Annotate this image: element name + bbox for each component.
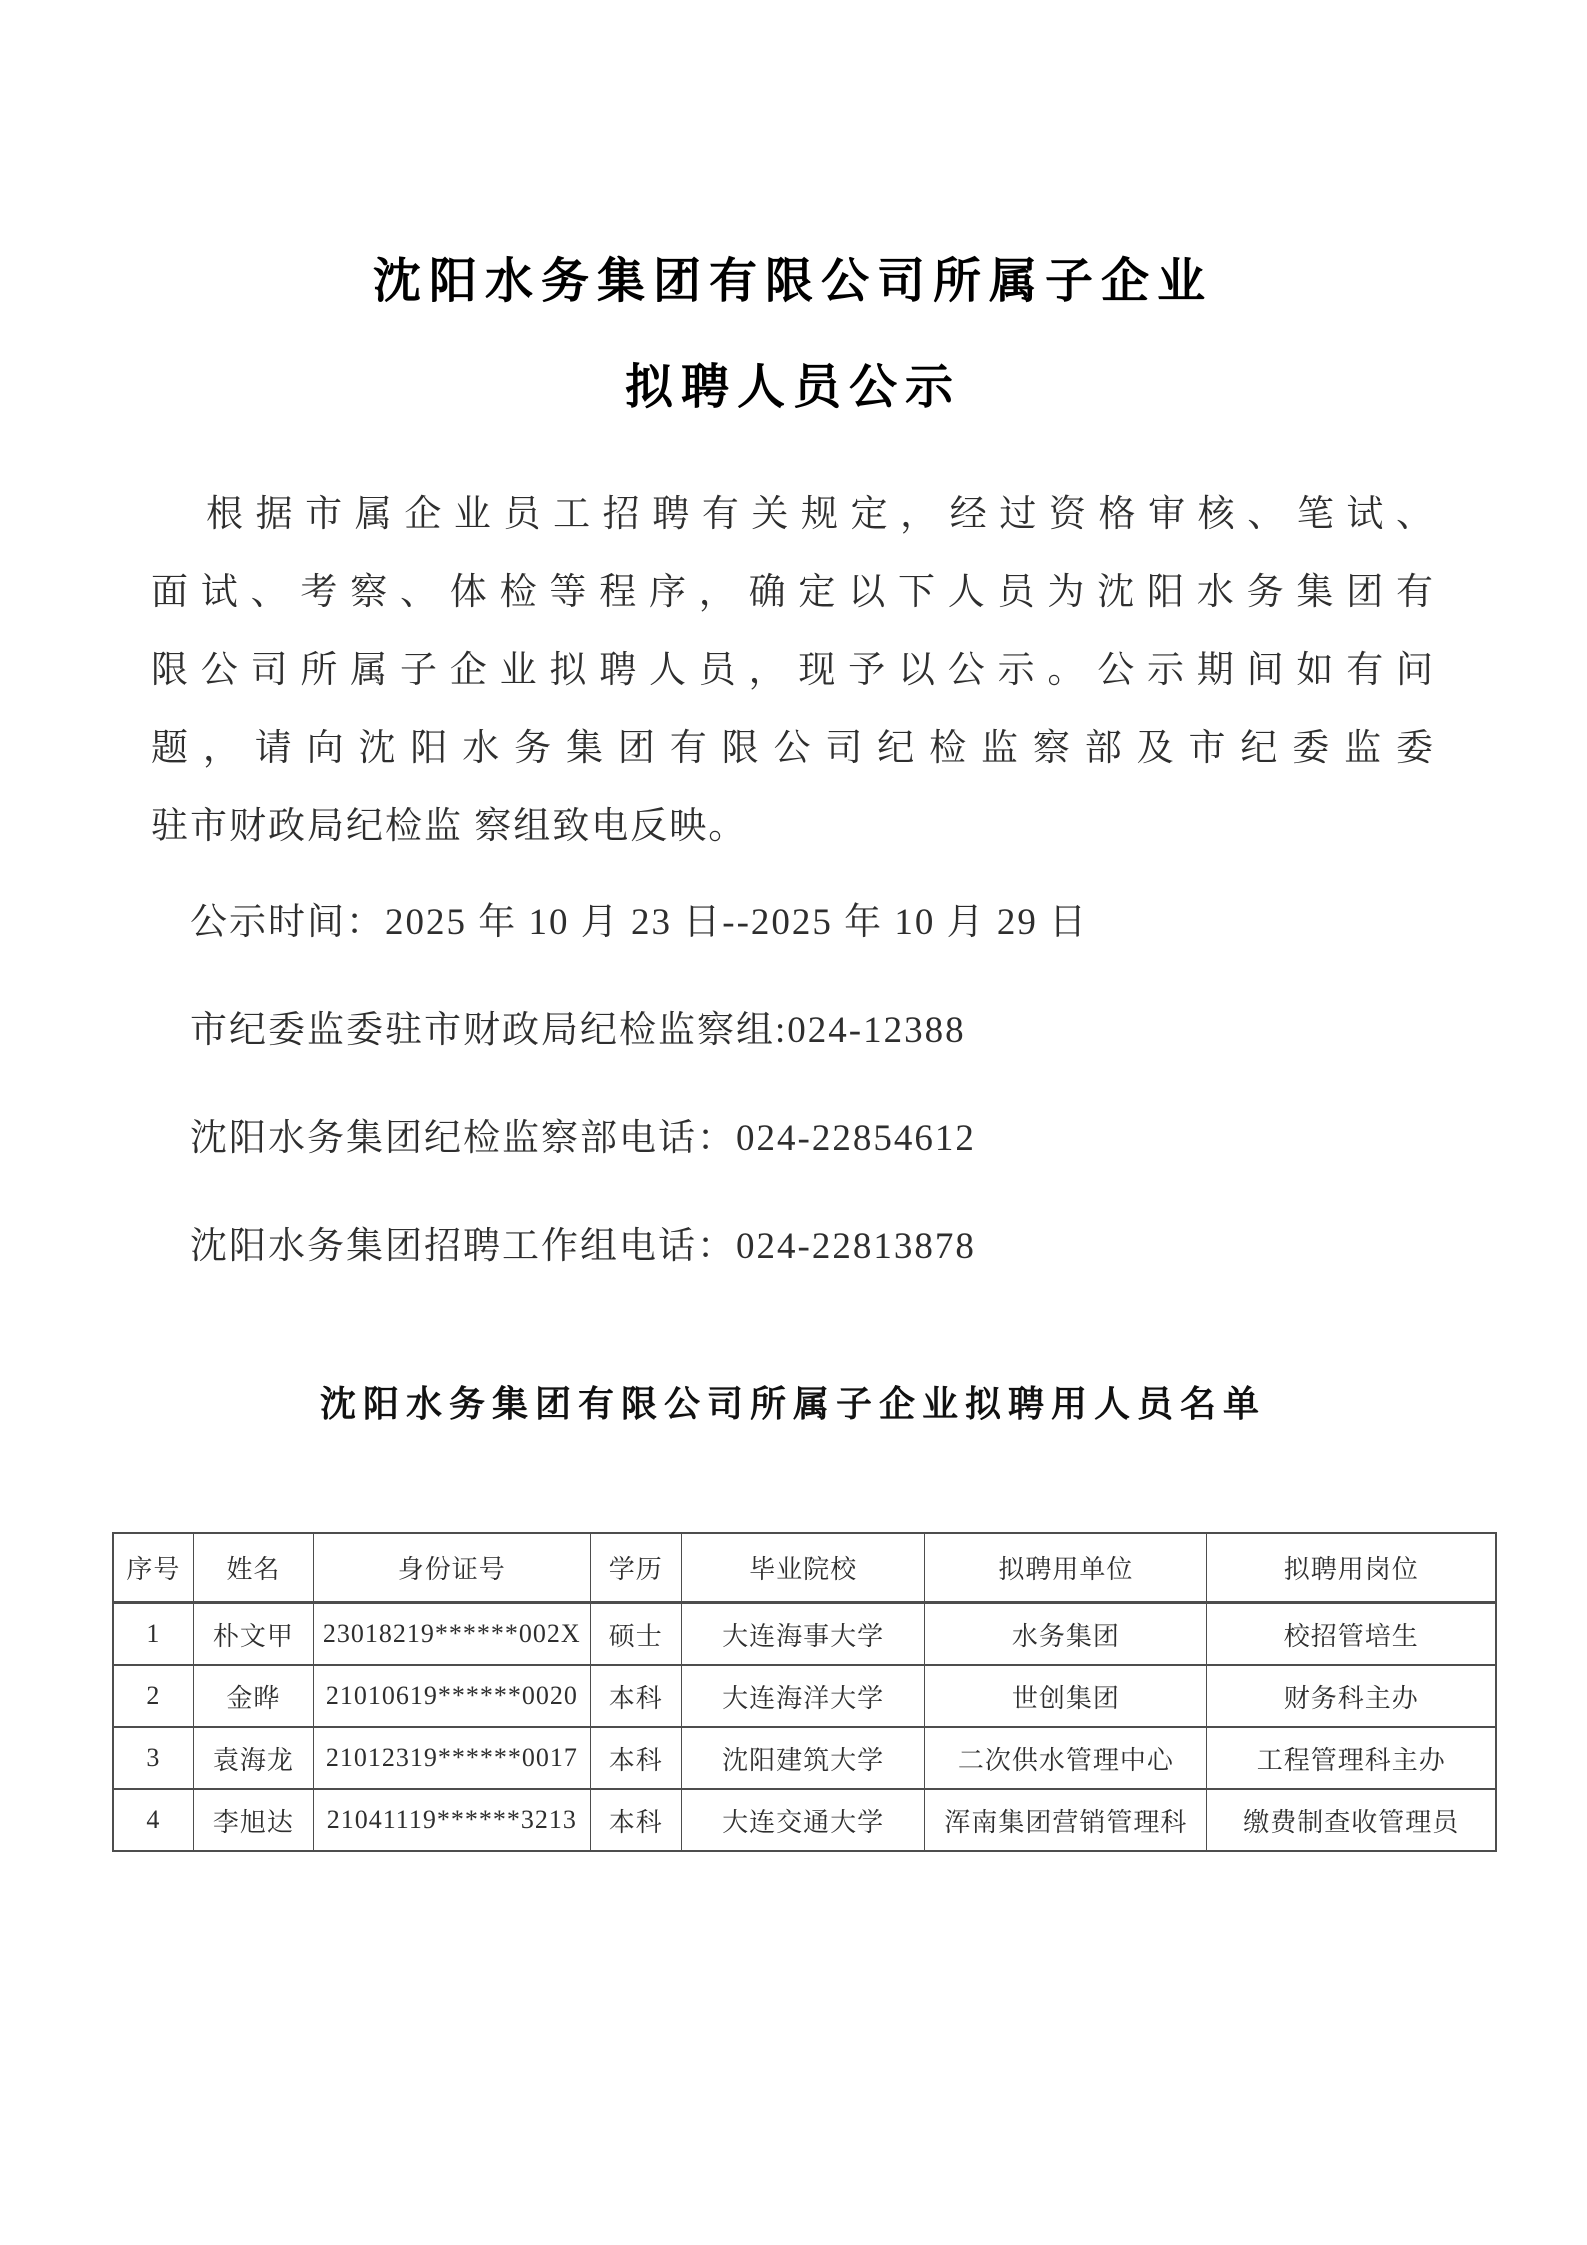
cell-position: 工程管理科主办 <box>1207 1727 1496 1789</box>
notice-paragraph: 根据市属企业员工招聘有关规定，经过资格审核、笔试、 面试、考察、体检等程序，确定… <box>151 476 1435 866</box>
header-cell-education: 学历 <box>590 1533 681 1603</box>
header-cell-unit: 拟聘用单位 <box>925 1533 1207 1603</box>
cell-school: 大连交通大学 <box>681 1789 924 1851</box>
cell-education: 本科 <box>590 1789 681 1851</box>
cell-name: 袁海龙 <box>193 1727 313 1789</box>
cell-id-number: 21010619******0020 <box>314 1665 591 1727</box>
cell-seq: 3 <box>113 1727 193 1789</box>
cell-education: 本科 <box>590 1727 681 1789</box>
cell-unit: 二次供水管理中心 <box>925 1727 1207 1789</box>
cell-position: 缴费制查收管理员 <box>1207 1789 1496 1851</box>
paragraph-line-5: 驻市财政局纪检监 察组致电反映。 <box>151 788 1435 866</box>
cell-school: 沈阳建筑大学 <box>681 1727 924 1789</box>
recruitment-phone-line: 沈阳水务集团招聘工作组电话：024-22813878 <box>151 1222 1435 1272</box>
discipline-phone-line: 沈阳水务集团纪检监察部电话：024-22854612 <box>151 1114 1435 1164</box>
cell-name: 金晔 <box>193 1665 313 1727</box>
header-cell-position: 拟聘用岗位 <box>1207 1533 1496 1603</box>
paragraph-line-2: 面试、考察、体检等程序，确定以下人员为沈阳水务集团有 <box>151 554 1435 632</box>
table-row-1: 1 朴文甲 23018219******002X 硕士 大连海事大学 水务集团 … <box>113 1603 1496 1666</box>
cell-school: 大连海事大学 <box>681 1603 924 1666</box>
cell-school: 大连海洋大学 <box>681 1665 924 1727</box>
table-row-4: 4 李旭达 21041119******3213 本科 大连交通大学 浑南集团营… <box>113 1789 1496 1851</box>
page-title-line2: 拟聘人员公示 <box>151 356 1435 420</box>
cell-position: 校招管培生 <box>1207 1603 1496 1666</box>
cell-id-number: 21041119******3213 <box>314 1789 591 1851</box>
paragraph-line-3: 限公司所属子企业拟聘人员，现予以公示。公示期间如有问 <box>151 632 1435 710</box>
publicity-period-line: 公示时间：2025 年 10 月 23 日--2025 年 10 月 29 日 <box>151 898 1435 948</box>
header-cell-seq: 序号 <box>113 1533 193 1603</box>
cell-unit: 世创集团 <box>925 1665 1207 1727</box>
cell-name: 朴文甲 <box>193 1603 313 1666</box>
cell-id-number: 23018219******002X <box>314 1603 591 1666</box>
header-cell-id-number: 身份证号 <box>314 1533 591 1603</box>
paragraph-line-1: 根据市属企业员工招聘有关规定，经过资格审核、笔试、 <box>151 476 1435 554</box>
inspection-group-line: 市纪委监委驻市财政局纪检监察组:024-12388 <box>151 1006 1435 1056</box>
cell-seq: 1 <box>113 1603 193 1666</box>
cell-unit: 浑南集团营销管理科 <box>925 1789 1207 1851</box>
cell-id-number: 21012319******0017 <box>314 1727 591 1789</box>
cell-seq: 2 <box>113 1665 193 1727</box>
table-row-2: 2 金晔 21010619******0020 本科 大连海洋大学 世创集团 财… <box>113 1665 1496 1727</box>
page-title-line1: 沈阳水务集团有限公司所属子企业 <box>151 250 1435 314</box>
cell-position: 财务科主办 <box>1207 1665 1496 1727</box>
roster-table-caption: 沈阳水务集团有限公司所属子企业拟聘用人员名单 <box>151 1380 1435 1428</box>
cell-name: 李旭达 <box>193 1789 313 1851</box>
notice-page: 沈阳水务集团有限公司所属子企业 拟聘人员公示 根据市属企业员工招聘有关规定，经过… <box>0 0 1587 2245</box>
roster-table: 序号 姓名 身份证号 学历 毕业院校 拟聘用单位 拟聘用岗位 1 朴文甲 230… <box>112 1532 1497 1852</box>
cell-education: 硕士 <box>590 1603 681 1666</box>
header-cell-school: 毕业院校 <box>681 1533 924 1603</box>
table-header-row: 序号 姓名 身份证号 学历 毕业院校 拟聘用单位 拟聘用岗位 <box>113 1533 1496 1603</box>
table-row-3: 3 袁海龙 21012319******0017 本科 沈阳建筑大学 二次供水管… <box>113 1727 1496 1789</box>
cell-unit: 水务集团 <box>925 1603 1207 1666</box>
cell-education: 本科 <box>590 1665 681 1727</box>
header-cell-name: 姓名 <box>193 1533 313 1603</box>
paragraph-line-4: 题，请向沈阳水务集团有限公司纪检监察部及市纪委监委 <box>151 710 1435 788</box>
cell-seq: 4 <box>113 1789 193 1851</box>
